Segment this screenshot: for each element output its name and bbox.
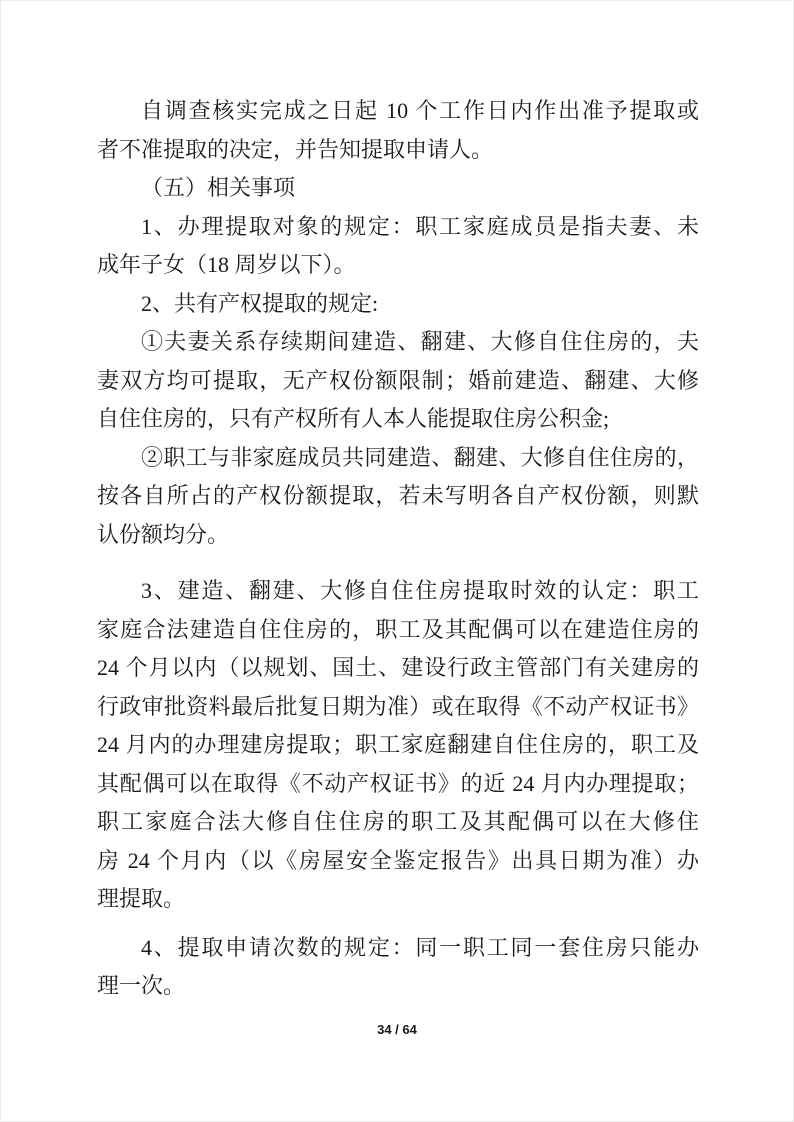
text-line: 1、办理提取对象的规定：职工家庭成员是指夫妻、未 [97, 208, 699, 247]
text-line: ①夫妻关系存续期间建造、翻建、大修自住住房的，夫 [97, 323, 699, 362]
text-line: 成年子女（18 周岁以下）。 [97, 246, 699, 285]
text-line: 其配偶可以在取得《不动产权证书》的近 24 月内办理提取； [97, 765, 699, 804]
text-line: 职工家庭合法大修自住住房的职工及其配偶可以在大修住 [97, 803, 699, 842]
text-line: 房 24 个月内（以《房屋安全鉴定报告》出具日期为准）办 [97, 842, 699, 881]
text-line: 4、提取申请次数的规定：同一职工同一套住房只能办 [97, 929, 699, 968]
document-page: 自调查核实完成之日起 10 个工作日内作出准予提取或 者不准提取的决定，并告知提… [0, 0, 794, 1122]
text-line: 者不准提取的决定，并告知提取申请人。 [97, 131, 699, 170]
text-line: 24 月内的办理建房提取；职工家庭翻建自住住房的，职工及 [97, 726, 699, 765]
text-line: 自住住房的，只有产权所有人本人能提取住房公积金; [97, 400, 699, 439]
page-number: 34 / 64 [1, 1022, 793, 1037]
text-line: ②职工与非家庭成员共同建造、翻建、大修自住住房的， [97, 439, 699, 478]
text-line: 行政审批资料最后批复日期为准）或在取得《不动产权证书》 [97, 688, 699, 727]
text-line: 认份额均分。 [97, 516, 699, 555]
text-line: 2、共有产权提取的规定: [97, 285, 699, 324]
text-line: 自调查核实完成之日起 10 个工作日内作出准予提取或 [97, 92, 699, 131]
text-line: 24 个月以内（以规划、国土、建设行政主管部门有关建房的 [97, 649, 699, 688]
text-line: 妻双方均可提取，无产权份额限制；婚前建造、翻建、大修 [97, 362, 699, 401]
section-heading: （五）相关事项 [97, 169, 699, 208]
text-line: 理提取。 [97, 880, 699, 919]
text-line: 3、建造、翻建、大修自住住房提取时效的认定：职工 [97, 572, 699, 611]
text-line: 按各自所占的产权份额提取，若未写明各自产权份额，则默 [97, 477, 699, 516]
document-body: 自调查核实完成之日起 10 个工作日内作出准予提取或 者不准提取的决定，并告知提… [97, 92, 699, 1006]
text-line: 理一次。 [97, 967, 699, 1006]
text-line: 家庭合法建造自住住房的，职工及其配偶可以在建造住房的 [97, 611, 699, 650]
